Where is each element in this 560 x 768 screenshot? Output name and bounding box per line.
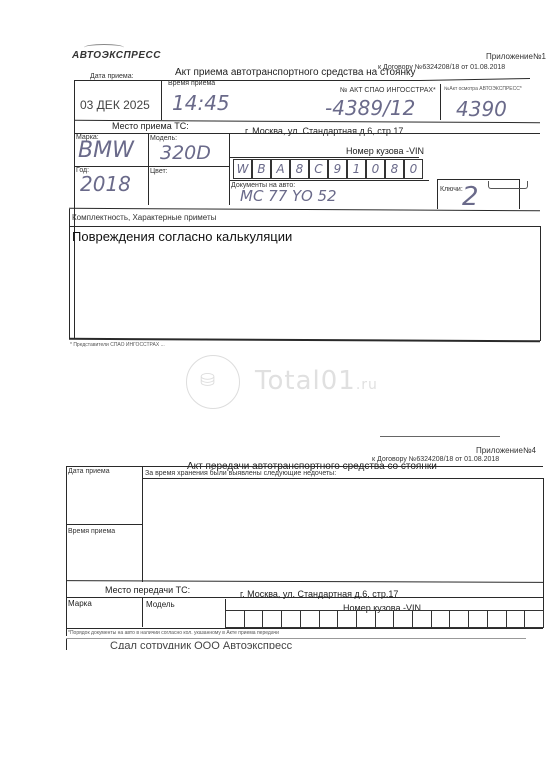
vin-cells-1: W B A 8 C 9 1 0 8 0: [233, 159, 423, 179]
vin-char: 9: [328, 159, 347, 179]
date-label-2: Дата приема: [68, 468, 110, 475]
keys-bracket-icon: [488, 181, 528, 189]
appendix-4: Приложение№4: [476, 446, 536, 455]
appendix-1: Приложение№1: [486, 52, 546, 61]
logo-arc-icon: [84, 44, 124, 51]
equipment-label: Комплектность, Характерные приметы: [72, 213, 216, 222]
vin-char: 0: [366, 159, 385, 179]
vin-char: C: [309, 159, 328, 179]
place-label-1: Место приема ТС:: [112, 121, 189, 131]
color-label: Цвет:: [150, 168, 168, 175]
act-inspection-value: 4390: [456, 97, 507, 121]
footnote-1: * Представители СПАО ИНГОССТРАХ ...: [70, 342, 165, 348]
watermark: Total01.ru: [255, 366, 378, 396]
vin-char: 0: [404, 159, 423, 179]
year-value: 2018: [80, 172, 131, 196]
vin-label-1: Номер кузова -VIN: [346, 146, 424, 156]
act-1-title: Акт приема автотранспортного средства на…: [175, 67, 415, 78]
date-value: 03 ДЕК 2025: [80, 98, 150, 112]
vin-cell: [337, 610, 357, 628]
docs-value: MC 77 YO 52: [240, 187, 337, 205]
bottom-text: Сдал сотрудник ООО Автоэкспресс: [110, 640, 292, 649]
act-spao-label: № АКТ СПАО ИНГОССТРАХ*: [340, 87, 436, 94]
vin-cell: [225, 610, 245, 628]
keys-label: Ключи:: [440, 186, 463, 193]
vin-cell: [487, 610, 507, 628]
model-label: Модель:: [150, 135, 177, 142]
time-label-2: Время приема: [68, 528, 115, 535]
footnote-2: *Порядок документы на авто в наличии сог…: [68, 630, 279, 636]
vin-cell: [281, 610, 301, 628]
brand-value: BMW: [78, 138, 134, 163]
keys-value: 2: [462, 182, 479, 212]
vin-cell: [393, 610, 413, 628]
watermark-suffix: .ru: [356, 377, 378, 393]
vin-char: 8: [290, 159, 309, 179]
model-value: 320D: [160, 142, 211, 164]
vin-cell: [431, 610, 451, 628]
vin-char: W: [233, 159, 252, 179]
act-spao-value: -4389/12: [325, 96, 415, 120]
vin-cell: [468, 610, 488, 628]
time-label: Время приема: [168, 80, 215, 87]
company-logo: АВТОЭКСПРЕСС: [72, 50, 161, 61]
place-label-2: Место передачи ТС:: [105, 585, 190, 595]
time-value: 14:45: [172, 91, 230, 115]
vin-char: B: [252, 159, 271, 179]
vin-cell: [319, 610, 339, 628]
vin-cell: [449, 610, 469, 628]
vin-cell: [244, 610, 264, 628]
equipment-value: Повреждения согласно калькуляции: [72, 229, 292, 244]
act-inspection-label: №Акт осмотра АВТОЭКСПРЕСС*: [444, 86, 522, 92]
defects-label: За время хранения были выявлены следующи…: [145, 470, 336, 477]
vin-char: A: [271, 159, 290, 179]
brand-label-2: Марка: [68, 599, 92, 608]
model-label-2: Модель: [146, 600, 175, 609]
vin-cell: [262, 610, 282, 628]
vin-cell: [506, 610, 526, 628]
vin-cell: [375, 610, 395, 628]
vin-cell: [356, 610, 376, 628]
car-icon: ⛁: [200, 370, 215, 391]
vin-cell: [300, 610, 320, 628]
place-value-1: г. Москва, ул. Стандартная д.6, стр.17: [245, 126, 403, 136]
vin-char: 8: [385, 159, 404, 179]
vin-char: 1: [347, 159, 366, 179]
date-label: Дата приема:: [90, 73, 134, 80]
vin-cell: [524, 610, 544, 628]
vin-cell: [412, 610, 432, 628]
watermark-text: Total01: [255, 366, 356, 396]
vin-cells-2: [225, 610, 543, 628]
